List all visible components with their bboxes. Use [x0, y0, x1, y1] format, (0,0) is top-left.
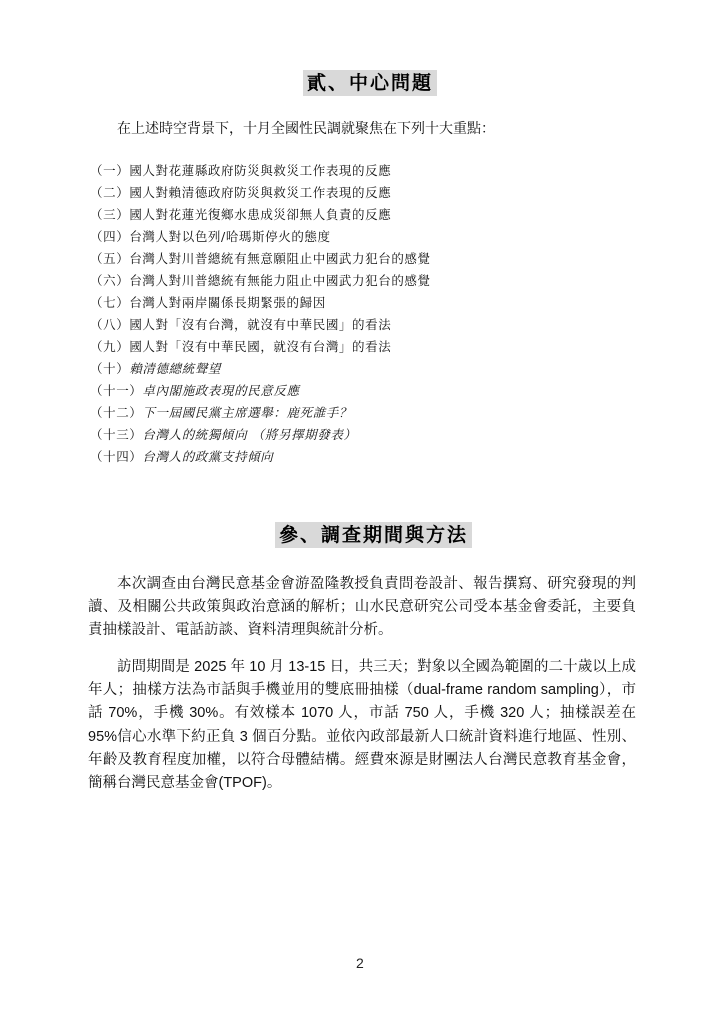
topic-number: （七） — [90, 295, 129, 310]
central-issues-intro: 在上述時空背景下，十月全國性民調就聚焦在下列十大重點： — [117, 118, 495, 138]
topic-item: （二）國人對賴清德政府防災與救災工作表現的反應 — [90, 182, 431, 204]
survey-period-method-paragraph: 訪問期間是 2025 年 10 月 13-15 日，共三天；對象以全國為範圍的二… — [88, 656, 636, 795]
topic-number: （一） — [90, 163, 129, 178]
topic-number: （二） — [90, 185, 129, 200]
topic-number: （十） — [90, 361, 129, 376]
topic-number: （十三） — [90, 427, 142, 442]
topic-number: （十二） — [90, 405, 142, 420]
topic-text: 國人對花蓮光復鄉水患成災卻無人負責的反應 — [129, 207, 391, 222]
topic-item: （十）賴清德總統聲望 — [90, 358, 431, 380]
survey-responsibility-paragraph: 本次調查由台灣民意基金會游盈隆教授負責問卷設計、報告撰寫、研究發現的判讀、及相關… — [88, 573, 636, 643]
topic-item: （一）國人對花蓮縣政府防災與救災工作表現的反應 — [90, 160, 431, 182]
topic-text: 國人對賴清德政府防災與救災工作表現的反應 — [129, 185, 391, 200]
topic-text: 國人對「沒有台灣，就沒有中華民國」的看法 — [129, 317, 391, 332]
topic-item: （七）台灣人對兩岸關係長期緊張的歸因 — [90, 292, 431, 314]
topic-number: （五） — [90, 251, 129, 266]
topic-number: （四） — [90, 229, 129, 244]
topic-text: 台灣人對兩岸關係長期緊張的歸因 — [129, 295, 326, 310]
topic-item: （六）台灣人對川普總統有無能力阻止中國武力犯台的感覺 — [90, 270, 431, 292]
topic-number: （六） — [90, 273, 129, 288]
topic-text: 賴清德總統聲望 — [129, 361, 221, 376]
topic-item: （九）國人對「沒有中華民國，就沒有台灣」的看法 — [90, 336, 431, 358]
topic-text: 國人對「沒有中華民國，就沒有台灣」的看法 — [129, 339, 391, 354]
section-heading-central-issues: 貳、中心問題 — [303, 70, 437, 96]
topic-number: （十四） — [90, 449, 142, 464]
topic-item: （四）台灣人對以色列/哈瑪斯停火的態度 — [90, 226, 431, 248]
topic-text: 台灣人對川普總統有無能力阻止中國武力犯台的感覺 — [129, 273, 430, 288]
topic-number: （九） — [90, 339, 129, 354]
page-number: 2 — [356, 955, 364, 971]
topic-item: （三）國人對花蓮光復鄉水患成災卻無人負責的反應 — [90, 204, 431, 226]
topic-text: 國人對花蓮縣政府防災與救災工作表現的反應 — [129, 163, 391, 178]
section-heading-survey-method: 參、調查期間與方法 — [275, 522, 472, 548]
topic-text: 台灣人對川普總統有無意願阻止中國武力犯台的感覺 — [129, 251, 430, 266]
topic-item: （十四）台灣人的政黨支持傾向 — [90, 446, 431, 468]
topic-number: （三） — [90, 207, 129, 222]
topic-text: 台灣人對以色列/哈瑪斯停火的態度 — [129, 229, 330, 244]
topic-text: 下一屆國民黨主席選舉：鹿死誰手？ — [142, 405, 352, 420]
topic-item: （十一）卓內閣施政表現的民意反應 — [90, 380, 431, 402]
topic-text: 卓內閣施政表現的民意反應 — [142, 383, 299, 398]
topic-list: （一）國人對花蓮縣政府防災與救災工作表現的反應 （二）國人對賴清德政府防災與救災… — [90, 160, 431, 468]
topic-number: （八） — [90, 317, 129, 332]
topic-item: （五）台灣人對川普總統有無意願阻止中國武力犯台的感覺 — [90, 248, 431, 270]
topic-number: （十一） — [90, 383, 142, 398]
topic-item: （八）國人對「沒有台灣，就沒有中華民國」的看法 — [90, 314, 431, 336]
topic-text: 台灣人的統獨傾向 （將另擇期發表） — [142, 427, 356, 442]
topic-text: 台灣人的政黨支持傾向 — [142, 449, 273, 464]
topic-item: （十三）台灣人的統獨傾向 （將另擇期發表） — [90, 424, 431, 446]
topic-item: （十二）下一屆國民黨主席選舉：鹿死誰手？ — [90, 402, 431, 424]
